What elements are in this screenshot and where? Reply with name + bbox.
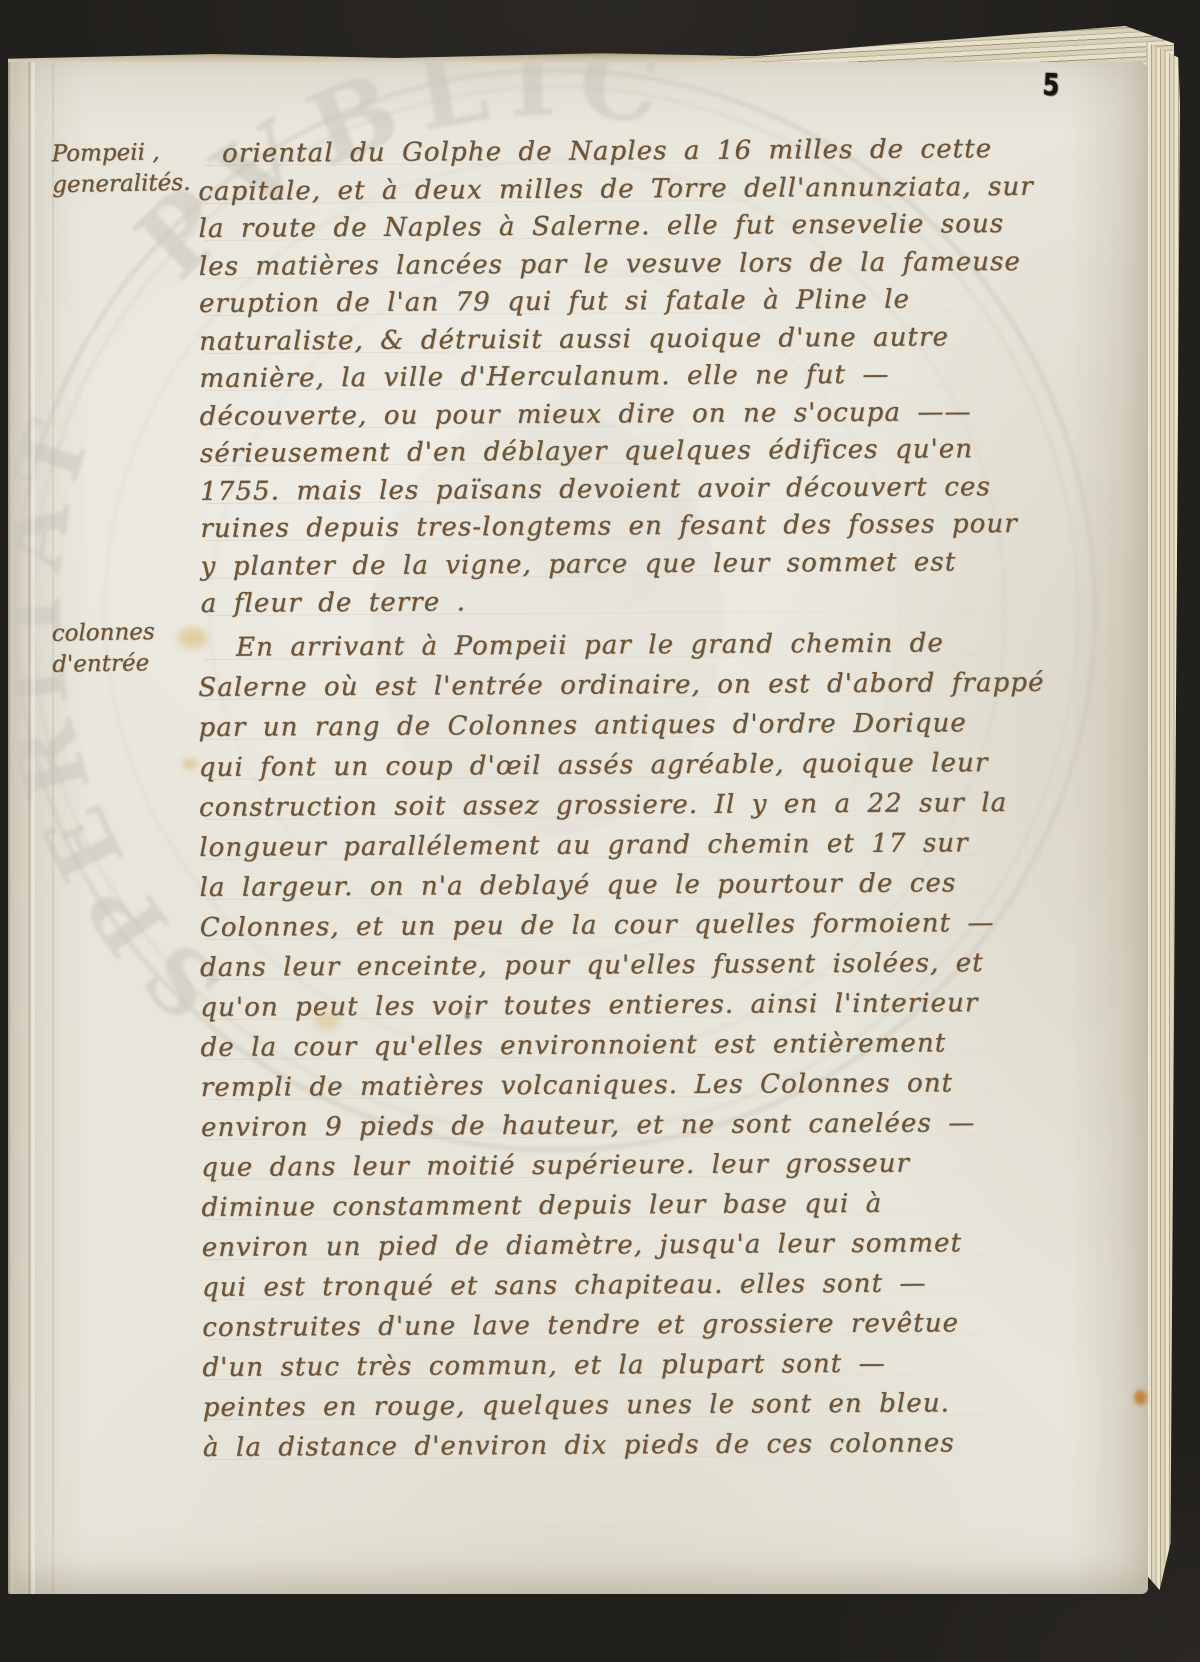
manuscript-line: y planter de la vigne, parce que leur so… xyxy=(201,543,1037,586)
manuscript-paragraph-2: En arrivant à Pompeii par le grand chemi… xyxy=(198,623,1049,1468)
margin-note-line: d'entrée xyxy=(52,648,156,681)
foxing-spot xyxy=(1134,1390,1147,1405)
page-number-stamp: 5 xyxy=(1042,67,1065,102)
margin-note-line: colonnes xyxy=(51,617,155,650)
manuscript-line: sérieusement d'en déblayer quelques édif… xyxy=(200,431,1036,474)
manuscript-line: de la cour qu'elles environnoient est en… xyxy=(200,1023,1046,1068)
manuscript-line: construction soit assez grossiere. Il y … xyxy=(199,783,1045,828)
manuscript-line: que dans leur moitié supérieure. leur gr… xyxy=(201,1143,1047,1188)
manuscript-line: eruption de l'an 79 qui fut si fatale à … xyxy=(199,281,1035,324)
manuscript-paragraph-1: oriental du Golphe de Naples a 16 milles… xyxy=(198,131,1037,624)
manuscript-line: peintes en rouge, quelques unes le sont … xyxy=(203,1383,1049,1428)
manuscript-line: a fleur de terre . xyxy=(201,581,1037,624)
manuscript-line: ruines depuis tres-longtems en fesant de… xyxy=(200,506,1036,549)
manuscript-line: manière, la ville d'Herculanum. elle ne … xyxy=(199,356,1035,399)
manuscript-line: Colonnes, et un peu de la cour quelles f… xyxy=(200,903,1046,948)
margin-note-line: generalités. xyxy=(52,168,191,201)
manuscript-line: environ 9 pieds de hauteur, et ne sont c… xyxy=(201,1103,1047,1148)
manuscript-line: rempli de matières volcaniques. Les Colo… xyxy=(201,1063,1047,1108)
manuscript-line: qui est tronqué et sans chapiteau. elles… xyxy=(202,1263,1048,1308)
manuscript-line: dans leur enceinte, pour qu'elles fussen… xyxy=(200,943,1046,988)
manuscript-line: d'un stuc très commun, et la plupart son… xyxy=(202,1343,1048,1388)
gutter-crease xyxy=(8,62,68,1594)
manuscript-line: découverte, ou pour mieux dire on ne s'o… xyxy=(200,393,1036,436)
manuscript-line: Salerne où est l'entrée ordinaire, on es… xyxy=(198,663,1044,708)
manuscript-line: En arrivant à Pompeii par le grand chemi… xyxy=(198,623,1044,668)
manuscript-line: qui font un coup d'œil assés agréable, q… xyxy=(199,743,1045,788)
manuscript-line: à la distance d'environ dix pieds de ces… xyxy=(203,1423,1049,1468)
manuscript-line: naturaliste, & détruisit aussi quoique d… xyxy=(199,318,1035,361)
manuscript-line: environ un pied de diamètre, jusqu'a leu… xyxy=(202,1223,1048,1268)
manuscript-line: les matières lancées par le vesuve lors … xyxy=(199,243,1035,286)
manuscript-line: la route de Naples à Salerne. elle fut e… xyxy=(198,206,1034,249)
foxing-spot xyxy=(182,758,198,770)
manuscript-line: oriental du Golphe de Naples a 16 milles… xyxy=(198,131,1034,174)
manuscript-line: la largeur. on n'a deblayé que le pourto… xyxy=(199,863,1045,908)
scan-background: SPERITAT PVBLIC 5 Pompeii , generalités.… xyxy=(0,0,1200,1662)
manuscript-line: capitale, et à deux milles de Torre dell… xyxy=(198,168,1034,211)
margin-note-colonnes: colonnes d'entrée xyxy=(51,617,155,681)
manuscript-line: par un rang de Colonnes antiques d'ordre… xyxy=(198,703,1044,748)
manuscript-line: 1755. mais les païsans devoient avoir dé… xyxy=(200,468,1036,511)
page-stack-fore-edge xyxy=(1146,42,1180,1590)
manuscript-line: qu'on peut les voir toutes entieres. ain… xyxy=(200,983,1046,1028)
manuscript-line: longueur parallélement au grand chemin e… xyxy=(199,823,1045,868)
margin-note-line: Pompeii , xyxy=(51,137,190,170)
manuscript-page: SPERITAT PVBLIC 5 Pompeii , generalités.… xyxy=(8,62,1148,1594)
manuscript-line: construites d'une lave tendre et grossie… xyxy=(202,1303,1048,1348)
manuscript-line: diminue constamment depuis leur base qui… xyxy=(201,1183,1047,1228)
margin-note-pompeii: Pompeii , generalités. xyxy=(51,137,190,201)
